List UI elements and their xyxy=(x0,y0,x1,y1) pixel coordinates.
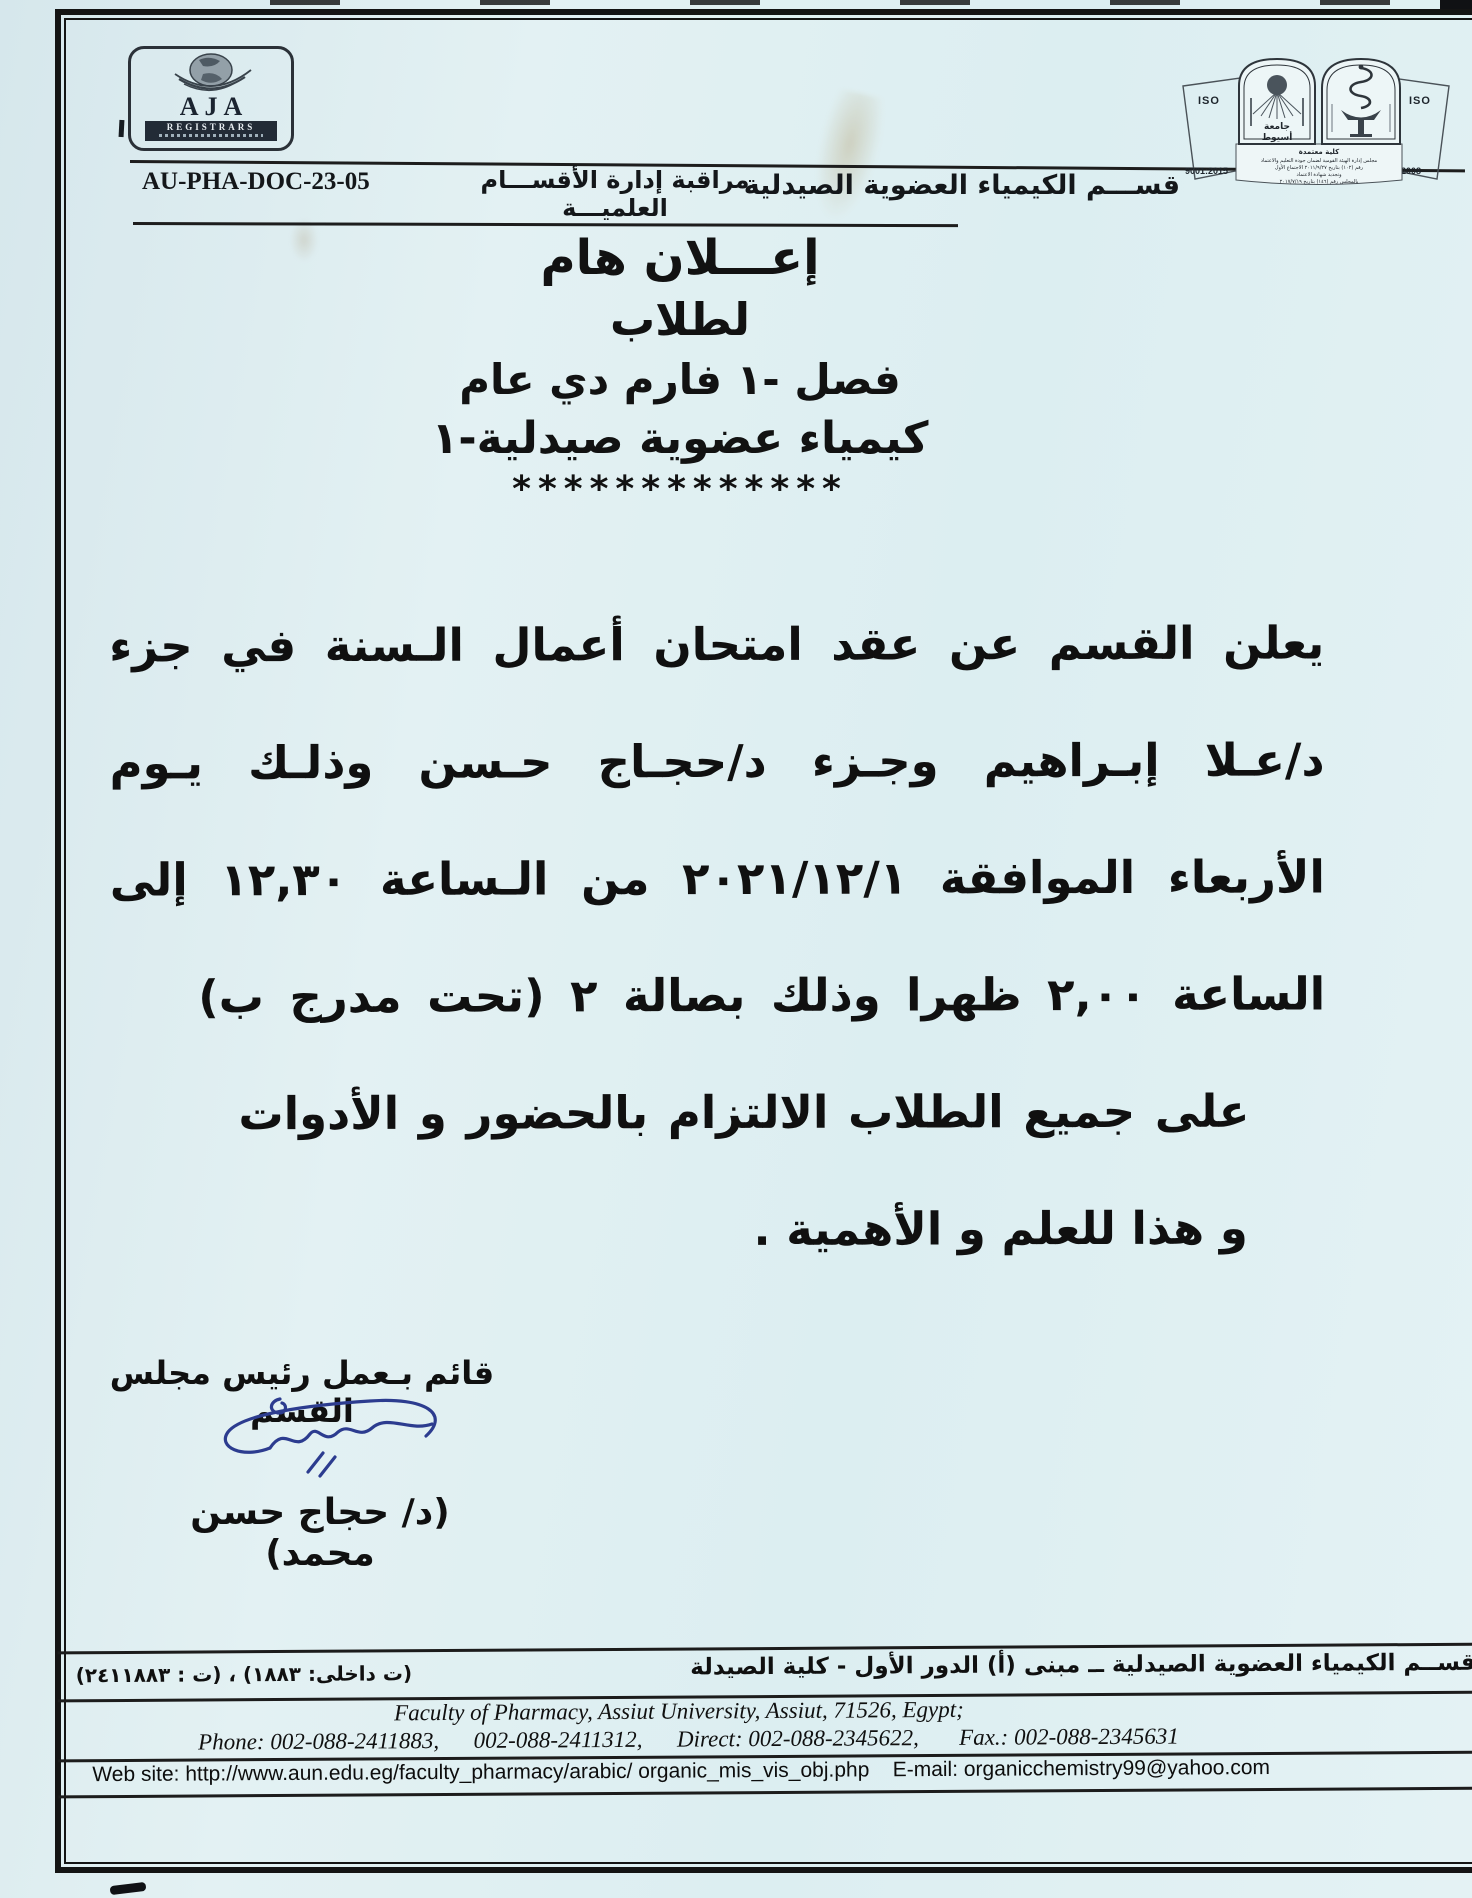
accreditation-line-3: وتجديد شهادة الاعتماد xyxy=(1296,172,1342,178)
announcement-audience: لطلاب xyxy=(300,290,1060,350)
body-line-4: الساعة ٢,٠٠ ظهرا وذلك بصالة ٢ (تحت مدرج … xyxy=(110,935,1325,1055)
accreditation-line-2: رقم (١٠٢) بتاريخ ٢٠١١/٩/٢٧ الاجتماع الأو… xyxy=(1275,164,1364,171)
pharmacy-emblem xyxy=(1322,59,1400,144)
footer-phones-en: Phone: 002-088-2411883, 002-088-2411312,… xyxy=(198,1724,1179,1756)
accreditation-line-4: بالمجلس رقم (١٤٦) بتاريخ ٢٠١٧/٧/١٩ xyxy=(1280,179,1359,185)
body-line-1: يعلن القسم عن عقد امتحان أعمال الـسنة في… xyxy=(109,584,1324,704)
aja-acronym: AJA xyxy=(174,95,249,119)
body-line-3: الأربعاء الموافقة ٢٠٢١/١٢/١ من الـساعة ١… xyxy=(110,818,1325,938)
aja-band: REGISTRARS xyxy=(145,121,277,141)
scanned-announcement-page: { "header": { "aja": { "acronym": "AJA",… xyxy=(0,0,1472,1898)
accreditation-line-0: كلية معتمدة xyxy=(1299,148,1340,156)
scan-edge-artifact xyxy=(270,0,1472,5)
department-title: قســـم الكيمياء العضوية الصيدلية xyxy=(744,170,1180,201)
aja-registrars-label: REGISTRARS xyxy=(167,121,256,133)
body-line-6: و هذا للعلم و الأهمية . xyxy=(111,1169,1326,1289)
iso-right-label: ISO xyxy=(1409,95,1431,107)
body-line-2: د/عـلا إبـراهيم وجـزء د/حجـاج حـسن وذلـك… xyxy=(109,701,1324,821)
footer-phones-ar: (ت داخلى: ١٨٨٣) ، (ت : ٢٤١١٨٨٣) xyxy=(76,1661,412,1687)
footer-block: قســم الكيمياء العضوية الصيدلية ــ مبنى … xyxy=(58,1641,1472,1802)
assiut-university-emblem: جامعة أسيوط xyxy=(1239,59,1315,144)
document-code: AU-PHA-DOC-23-05 xyxy=(142,168,370,196)
footer-department-address-ar: قســم الكيمياء العضوية الصيدلية ــ مبنى … xyxy=(690,1650,1472,1681)
iso-ribbon-left xyxy=(1183,78,1240,179)
handwritten-signature xyxy=(158,1384,478,1504)
announcement-title: إعـــلان هام xyxy=(300,226,1060,290)
accreditation-line-1: مجلس إدارة الهيئة القومية لضمان جودة الت… xyxy=(1261,158,1378,164)
university-name-line1: جامعة xyxy=(1264,122,1290,132)
scan-bottom-blot xyxy=(110,1882,147,1895)
announcement-body: يعلن القسم عن عقد امتحان أعمال الـسنة في… xyxy=(109,584,1326,1289)
university-iso-emblem: ISO ISO 9001:2015 9001:2008 جامعة أسيوط … xyxy=(1180,52,1452,194)
footer-address-en: Faculty of Pharmacy, Assiut University, … xyxy=(298,1696,1060,1727)
iso-left-label: ISO xyxy=(1198,95,1220,107)
university-name-line2: أسيوط xyxy=(1262,131,1293,143)
aja-registrars-logo: AJA REGISTRARS xyxy=(128,46,294,151)
aja-microtext xyxy=(159,134,263,137)
body-line-5: على جميع الطلاب الالتزام بالحضور و الأدو… xyxy=(110,1052,1325,1172)
iso-left-cert: 9001:2015 xyxy=(1185,166,1228,176)
announcement-class: فصل -١ فارم دي عام xyxy=(300,350,1060,410)
stars-divider: ************* xyxy=(300,468,1060,512)
signature-name: (د/ حجاج حسن محمد) xyxy=(138,1492,502,1574)
announcement-title-block: إعـــلان هام لطلاب فصل -١ فارم دي عام كي… xyxy=(300,226,1060,512)
announcement-course: كيمياء عضوية صيدلية-١ xyxy=(300,410,1060,468)
